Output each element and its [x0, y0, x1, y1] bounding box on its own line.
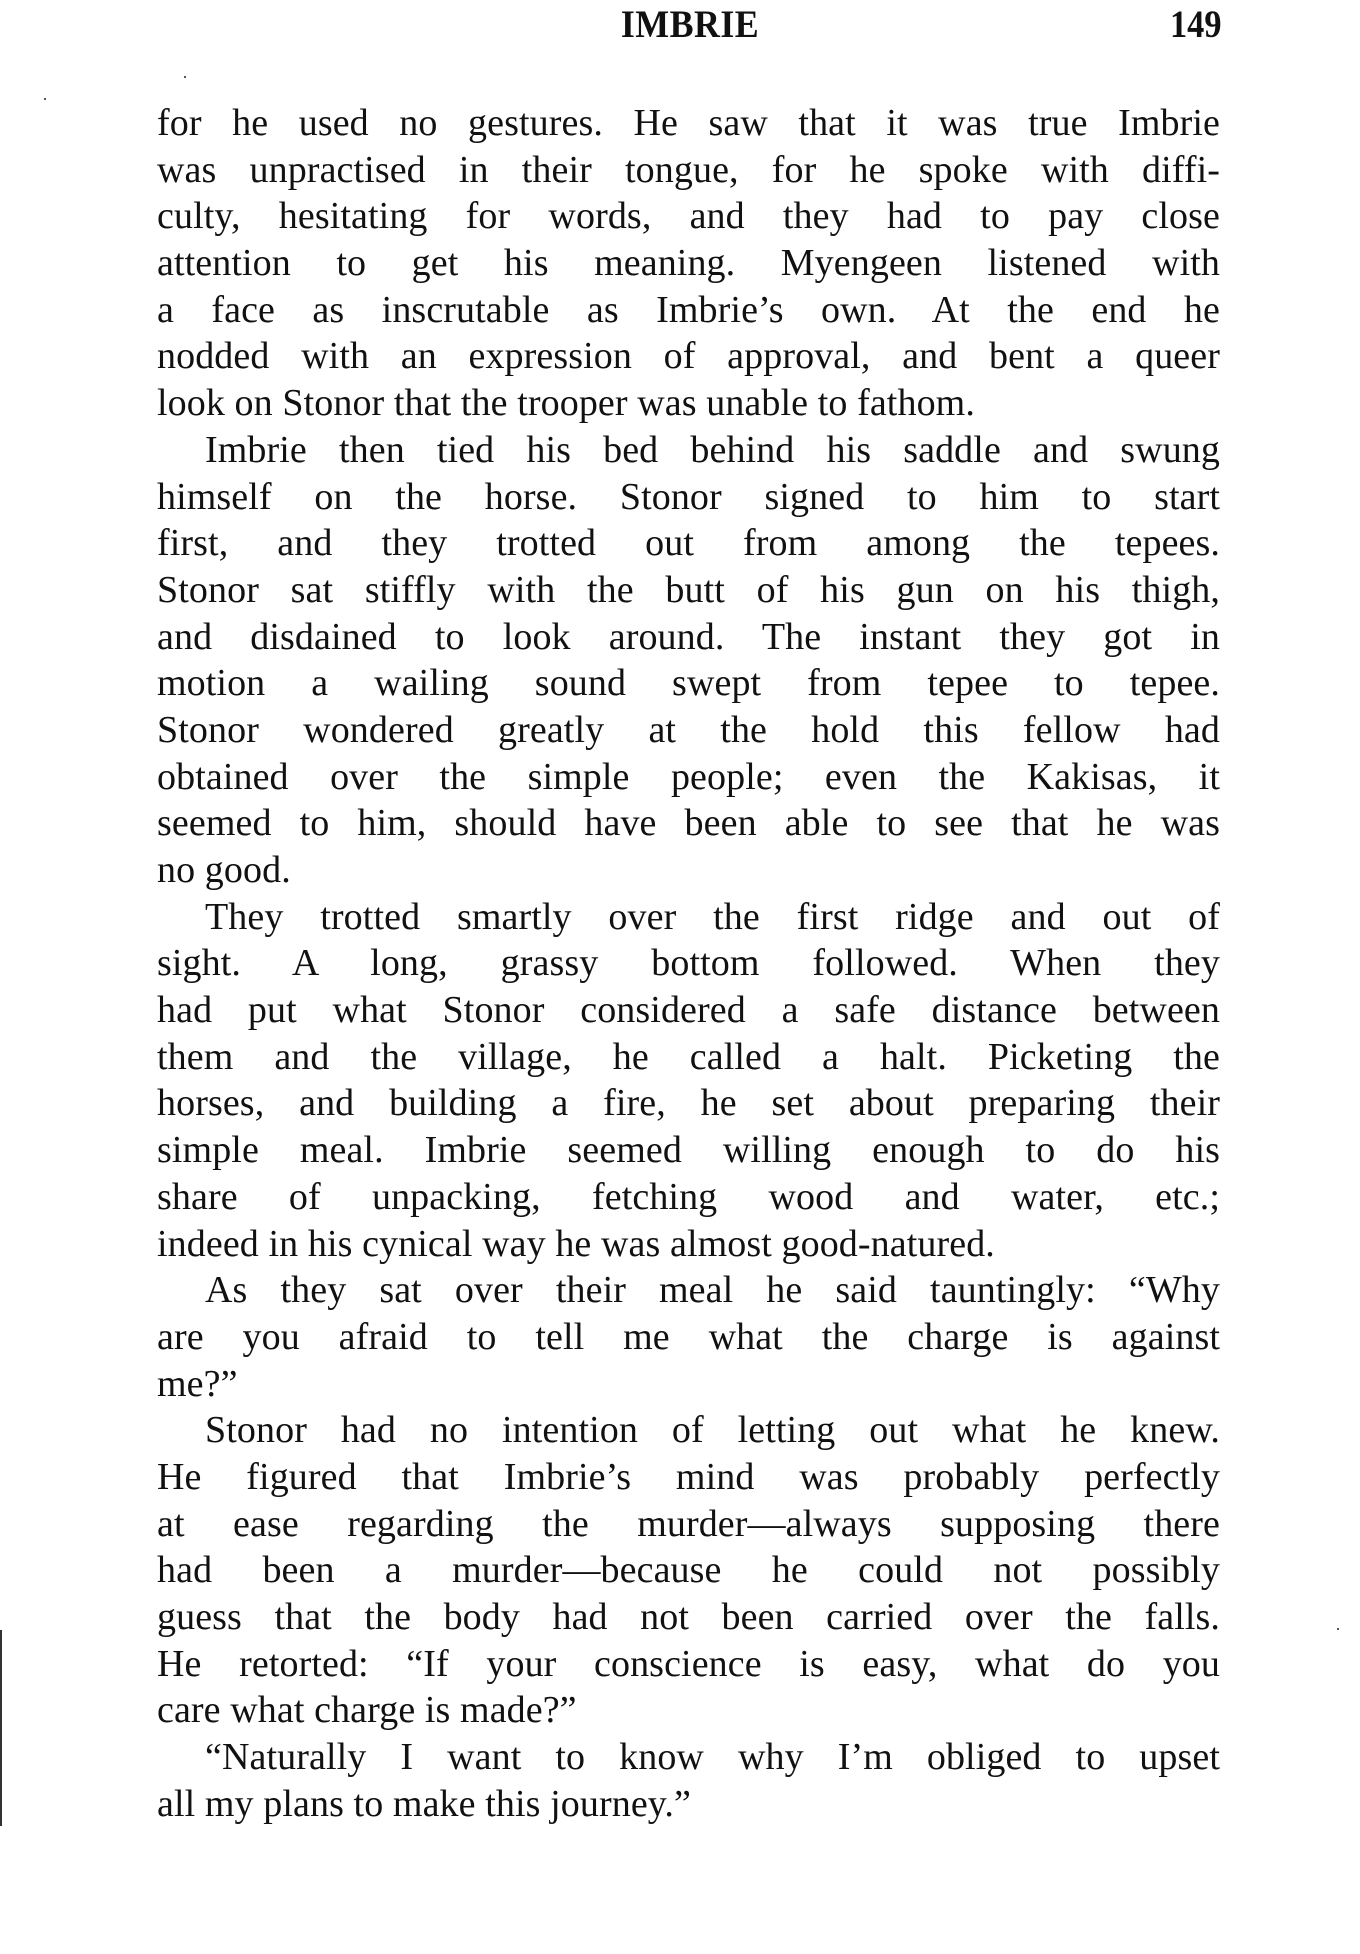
book-page: IMBRIE 149 for he used no gestures. He s…: [0, 0, 1360, 1954]
text-line: simple meal. Imbrie seemed willing enoug…: [157, 1127, 1220, 1174]
text-line: no good.: [157, 847, 1220, 894]
text-line: was unpractised in their tongue, for he …: [157, 147, 1220, 194]
text-line: first, and they trotted out from among t…: [157, 520, 1220, 567]
running-head: IMBRIE 149: [160, 2, 1220, 52]
text-line: indeed in his cynical way he was almost …: [157, 1221, 1220, 1268]
text-line: share of unpacking, fetching wood and wa…: [157, 1174, 1220, 1221]
scan-edge-line: [0, 1630, 2, 1826]
text-line: and disdained to look around. The instan…: [157, 614, 1220, 661]
text-line: Stonor had no intention of letting out w…: [157, 1407, 1220, 1454]
text-line: had put what Stonor considered a safe di…: [157, 987, 1220, 1034]
text-line: Stonor wondered greatly at the hold this…: [157, 707, 1220, 754]
text-line: sight. A long, grassy bottom followed. W…: [157, 940, 1220, 987]
text-line: As they sat over their meal he said taun…: [157, 1267, 1220, 1314]
scan-speck: [184, 76, 186, 78]
text-line: care what charge is made?”: [157, 1687, 1220, 1734]
text-line: a face as inscrutable as Imbrie’s own. A…: [157, 287, 1220, 334]
text-line: guess that the body had not been carried…: [157, 1594, 1220, 1641]
text-line: are you afraid to tell me what the charg…: [157, 1314, 1220, 1361]
body-text: for he used no gestures. He saw that it …: [157, 100, 1220, 1827]
text-line: “Naturally I want to know why I’m oblige…: [157, 1734, 1220, 1781]
text-line: He retorted: “If your conscience is easy…: [157, 1641, 1220, 1688]
text-line: seemed to him, should have been able to …: [157, 800, 1220, 847]
text-line: all my plans to make this journey.”: [157, 1781, 1220, 1828]
text-line: obtained over the simple people; even th…: [157, 754, 1220, 801]
scan-speck: [1337, 1628, 1339, 1630]
running-title: IMBRIE: [202, 2, 1177, 47]
text-line: They trotted smartly over the first ridg…: [157, 894, 1220, 941]
text-line: motion a wailing sound swept from tepee …: [157, 660, 1220, 707]
text-line: Stonor sat stiffly with the butt of his …: [157, 567, 1220, 614]
text-line: me?”: [157, 1361, 1220, 1408]
text-line: Imbrie then tied his bed behind his sadd…: [157, 427, 1220, 474]
text-line: at ease regarding the murder—always supp…: [157, 1501, 1220, 1548]
text-line: He figured that Imbrie’s mind was probab…: [157, 1454, 1220, 1501]
text-line: them and the village, he called a halt. …: [157, 1034, 1220, 1081]
text-line: nodded with an expression of approval, a…: [157, 333, 1220, 380]
text-line: had been a murder—because he could not p…: [157, 1547, 1220, 1594]
page-number: 149: [1170, 2, 1221, 47]
text-line: look on Stonor that the trooper was unab…: [157, 380, 1220, 427]
scan-speck: [44, 98, 46, 100]
text-line: attention to get his meaning. Myengeen l…: [157, 240, 1220, 287]
text-line: horses, and building a fire, he set abou…: [157, 1080, 1220, 1127]
text-line: himself on the horse. Stonor signed to h…: [157, 474, 1220, 521]
text-line: culty, hesitating for words, and they ha…: [157, 193, 1220, 240]
text-line: for he used no gestures. He saw that it …: [157, 100, 1220, 147]
